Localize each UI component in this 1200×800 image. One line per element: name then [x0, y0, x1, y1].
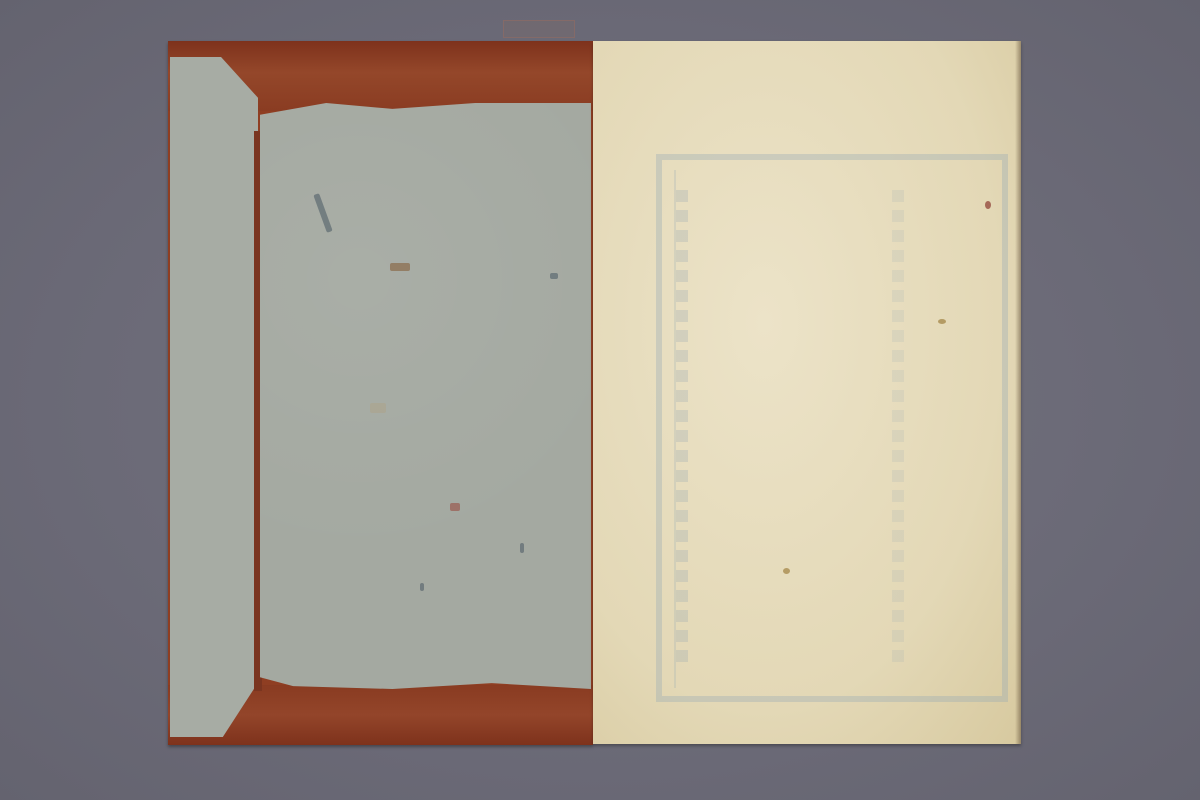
faint-label-mark	[503, 20, 575, 38]
showthrough-text-column	[676, 190, 688, 670]
paper-fiber	[370, 403, 386, 413]
showthrough-inner-rule	[674, 170, 994, 688]
paper-fiber	[450, 503, 460, 511]
folded-flap	[170, 57, 258, 737]
paper-fiber	[420, 583, 424, 591]
page-stain	[783, 568, 790, 574]
right-blank-page	[593, 41, 1021, 744]
showthrough-print-frame	[656, 154, 1008, 702]
inside-front-cover	[168, 41, 593, 745]
paste-down-paper	[260, 103, 591, 689]
paper-fiber	[550, 273, 558, 279]
page-stain	[985, 201, 991, 209]
paper-fiber	[390, 263, 410, 271]
paper-fiber	[520, 543, 524, 553]
showthrough-text-column	[892, 190, 904, 670]
page-edge-shadow	[1015, 41, 1021, 744]
page-stain	[938, 319, 946, 324]
paper-fiber	[313, 193, 332, 233]
